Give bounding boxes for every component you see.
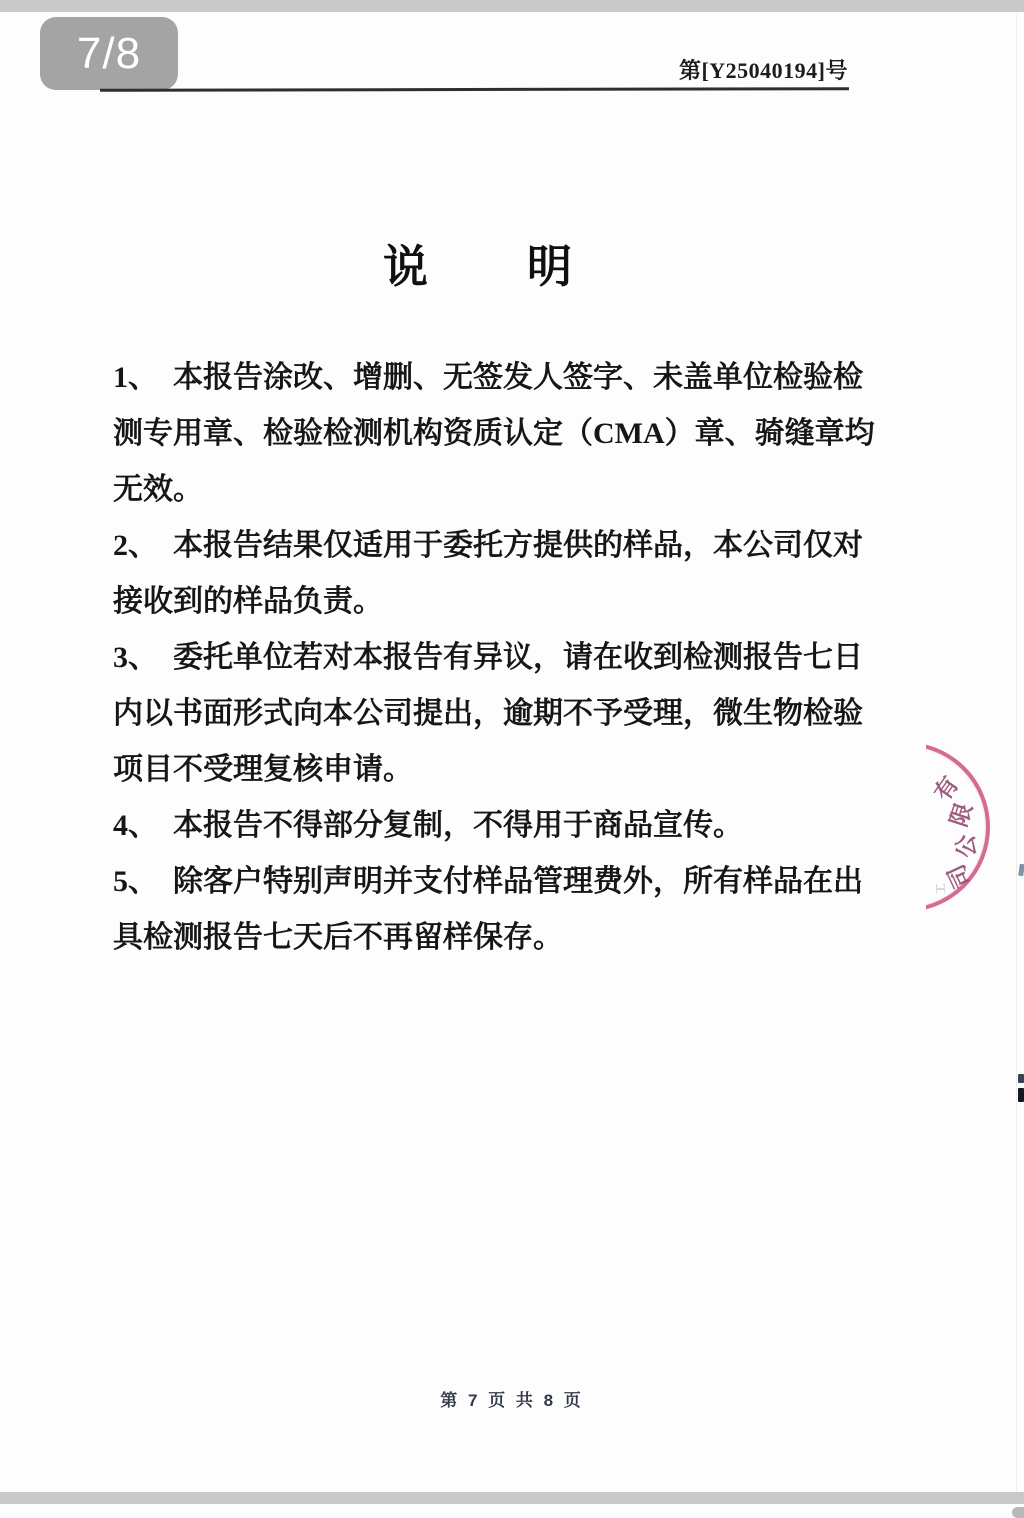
page-edge-shadow xyxy=(1016,14,1017,1492)
note-1-line-1: 1、 本报告涂改、增删、无签发人签字、未盖单位检验检 xyxy=(113,350,855,406)
note-4-line-1: 4、 本报告不得部分复制，不得用于商品宣传。 xyxy=(113,798,855,854)
viewer-top-bar xyxy=(0,0,1024,12)
note-2-line-2: 接收到的样品负责。 xyxy=(113,574,855,630)
edge-artifact-blue xyxy=(1018,864,1024,877)
note-1-line-3: 无效。 xyxy=(113,462,855,518)
footer-page-number: 第 7 页 共 8 页 xyxy=(0,1386,1024,1411)
note-3-line-2: 内以书面形式向本公司提出，逾期不予受理，微生物检验 xyxy=(113,686,855,742)
note-3-line-3: 项目不受理复核申请。 xyxy=(113,742,855,798)
note-3-line-1: 3、 委托单位若对本报告有异议，请在收到检测报告七日 xyxy=(113,630,855,686)
note-2-line-1: 2、 本报告结果仅适用于委托方提供的样品，本公司仅对 xyxy=(113,518,855,574)
page-title-char-1: 说 xyxy=(383,230,428,295)
note-5-line-1: 5、 除客户特别声明并支付样品管理费外，所有样品在出 xyxy=(113,854,855,910)
company-seal-stamp: 有 限 公 司 工 xyxy=(926,740,1004,912)
seal-small-mark: 工 xyxy=(934,882,948,896)
header-rule-line xyxy=(100,87,849,91)
page-indicator-label: 7/8 xyxy=(77,29,141,79)
note-1-line-2: 测专用章、检验检测机构资质认定（CMA）章、骑缝章均 xyxy=(113,406,855,462)
scrollbar-thumb[interactable] xyxy=(1012,1507,1024,1518)
seal-char: 公 xyxy=(953,832,981,860)
edge-artifact-dark xyxy=(1018,1088,1024,1102)
page-title-char-2: 明 xyxy=(527,230,572,295)
report-number: 第[Y25040194]号 xyxy=(679,54,848,85)
edge-artifact-dark xyxy=(1018,1074,1024,1083)
document-viewer-page: 7/8 第[Y25040194]号 说 明 1、 本报告涂改、增删、无签发人签字… xyxy=(0,0,1024,1518)
note-5-line-2: 具检测报告七天后不再留样保存。 xyxy=(113,910,855,966)
page-indicator-badge: 7/8 xyxy=(40,17,178,90)
notes-section: 1、 本报告涂改、增删、无签发人签字、未盖单位检验检 测专用章、检验检测机构资质… xyxy=(113,350,855,966)
viewer-bottom-bar xyxy=(0,1492,1024,1504)
